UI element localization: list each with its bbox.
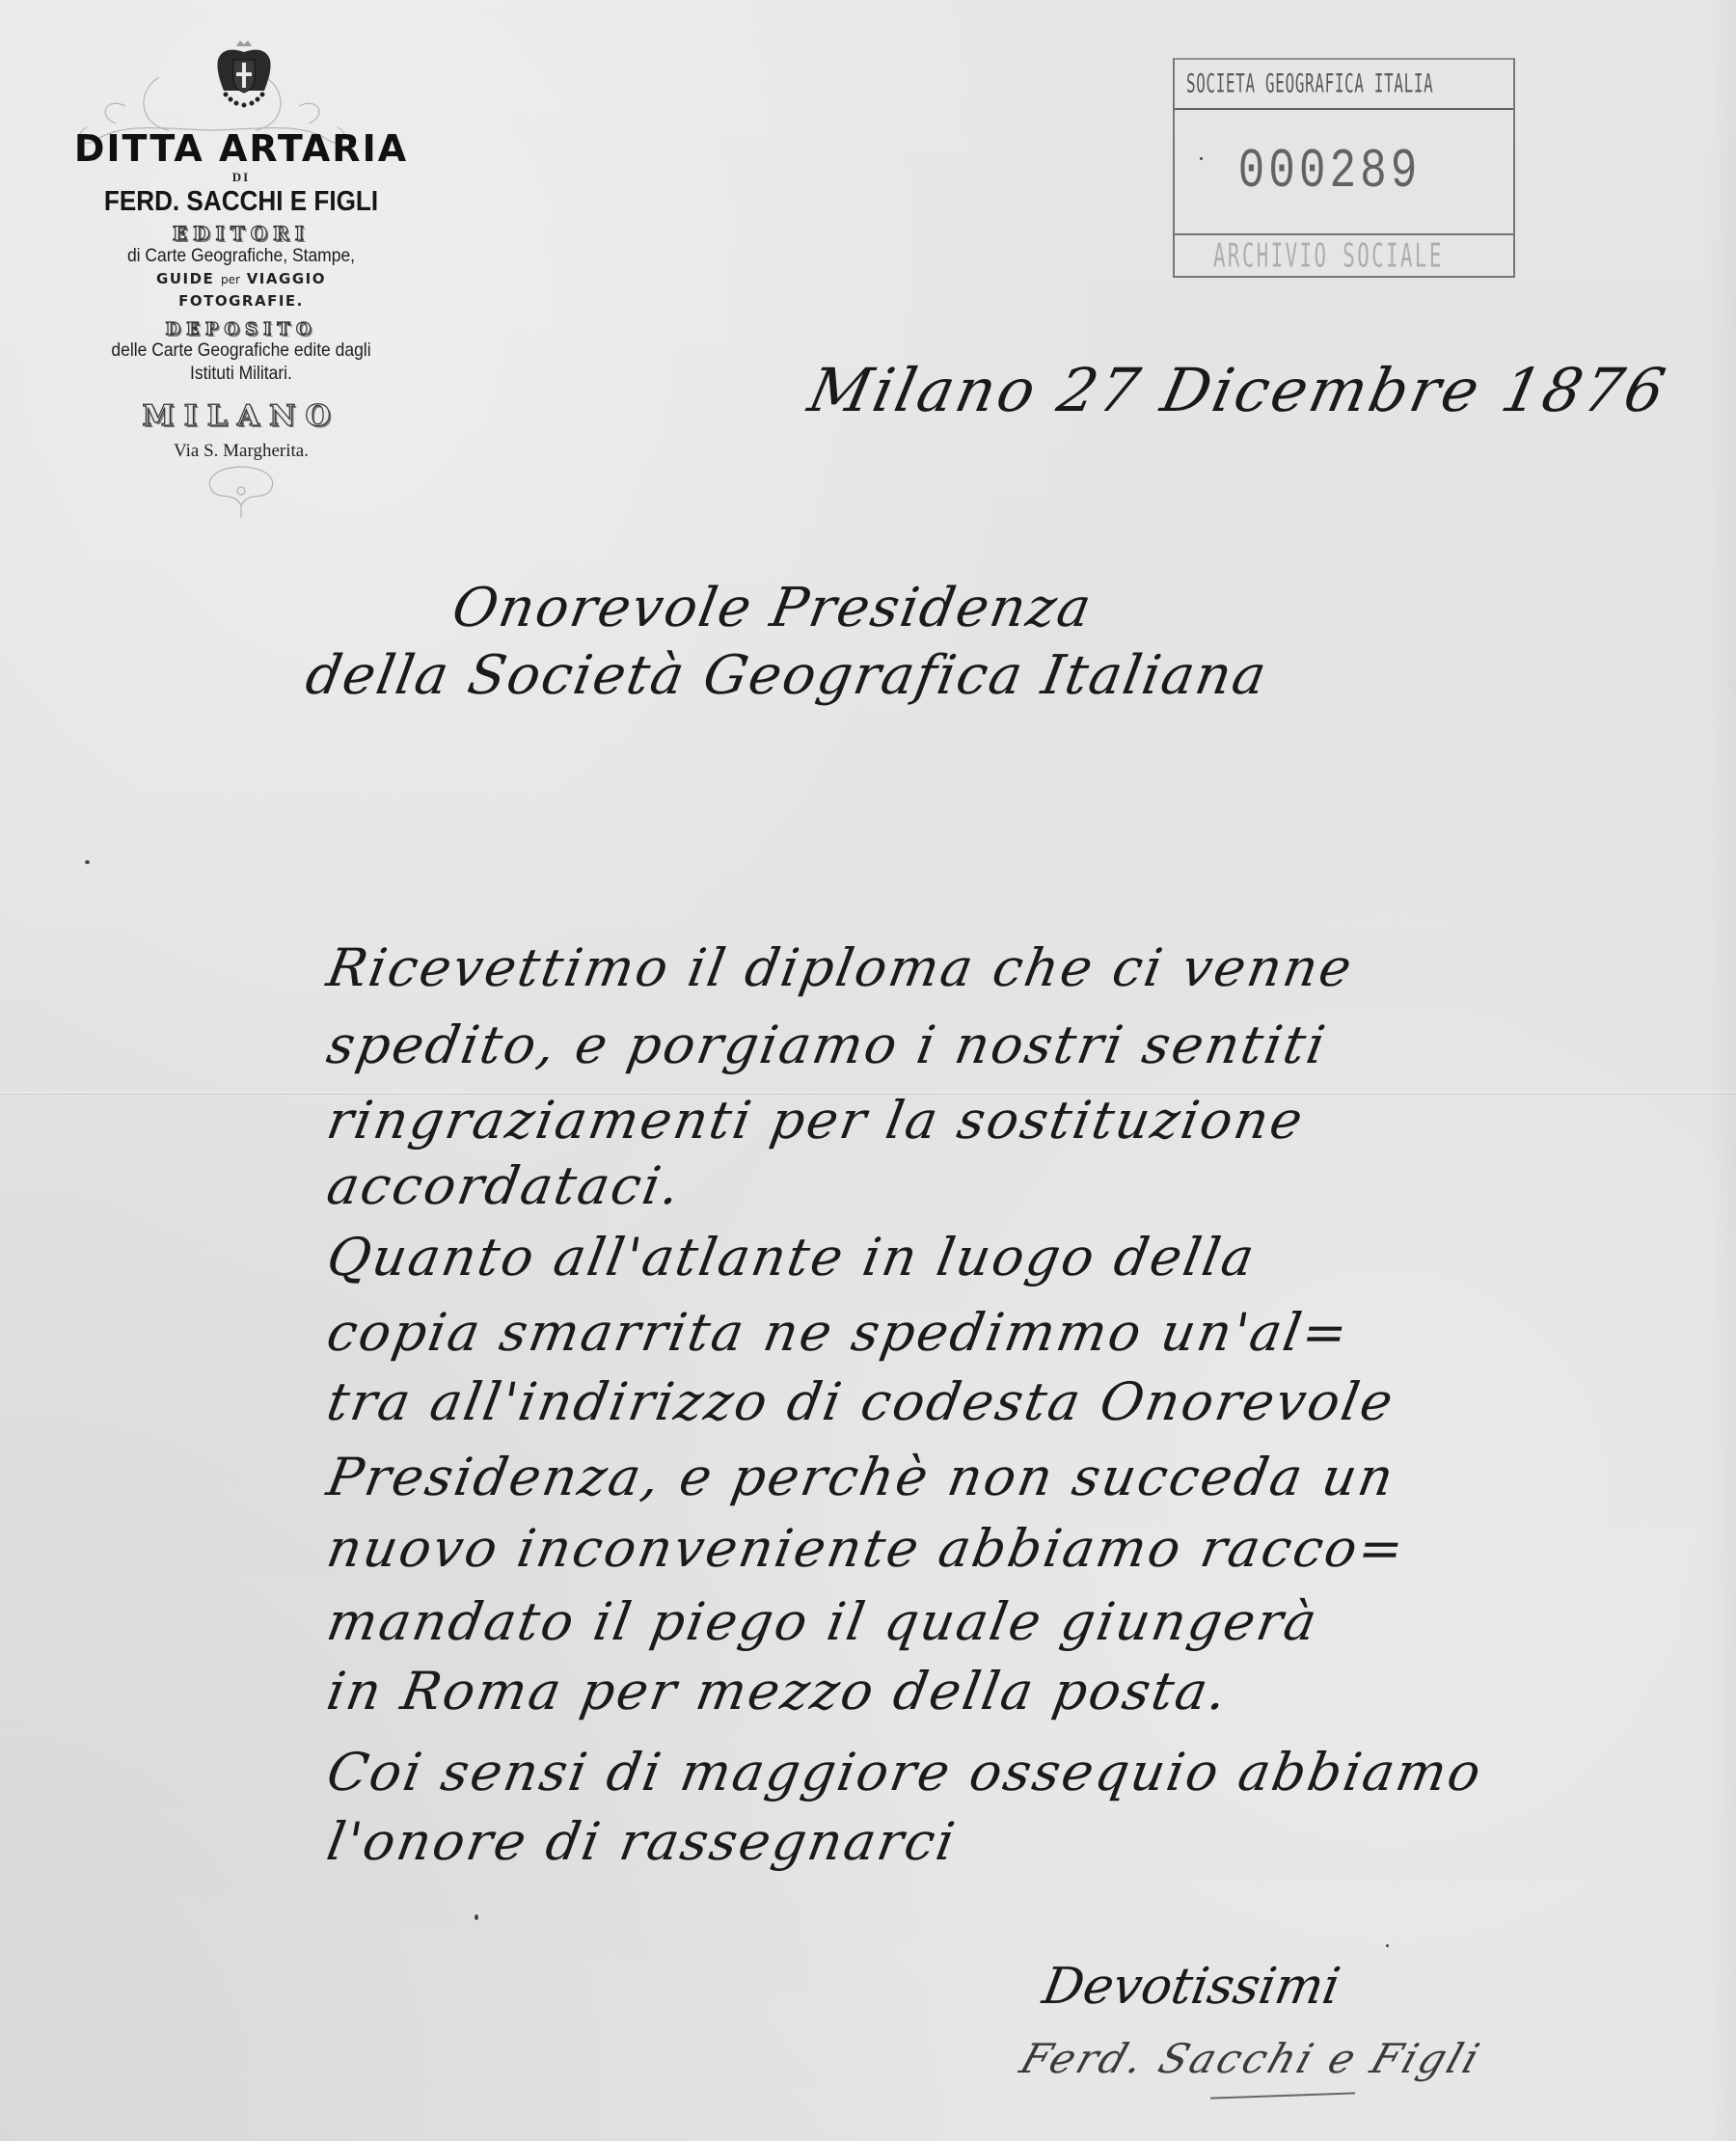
firm-name: DITTA ARTARIA bbox=[39, 129, 444, 168]
body-line: Presidenza, e perchè non succeda un bbox=[322, 1447, 1399, 1507]
body-line: copia smarrita ne spedimmo un'al= bbox=[322, 1302, 1354, 1363]
body-line: ringraziamenti per la sostituzione bbox=[322, 1090, 1309, 1151]
body-line: spedito, e porgiamo i nostri sentiti bbox=[322, 1015, 1331, 1075]
editori-viaggio: VIAGGIO bbox=[247, 270, 326, 287]
body-line: Quanto all'atlante in luogo della bbox=[322, 1227, 1261, 1287]
editori-heading: EDITORI bbox=[39, 222, 444, 245]
place-date: Milano 27 Dicembre 1876 bbox=[802, 355, 1673, 425]
editori-line-1: di Carte Geografiche, Stampe, bbox=[55, 245, 427, 268]
stamp-header: SOCIETA GEOGRAFICA ITALIA bbox=[1175, 60, 1513, 110]
body-line: accordataci. bbox=[322, 1155, 686, 1216]
deposito-line-1: delle Carte Geografiche edite dagli bbox=[55, 339, 427, 363]
letterhead-city: MILANO bbox=[39, 399, 444, 433]
body-line: l'onore di rassegnarci bbox=[322, 1811, 961, 1872]
signature: Ferd. Sacchi e Figli bbox=[1015, 2035, 1488, 2082]
deposito-line-2: Istituti Militari. bbox=[55, 363, 427, 386]
letterhead-address: Via S. Margherita. bbox=[39, 441, 444, 462]
salutation-line-1: Onorevole Presidenza bbox=[448, 577, 1097, 639]
crest bbox=[212, 39, 270, 106]
firm-di: DI bbox=[39, 170, 444, 185]
firm-proprietors: FERD. SACCHI E FIGLI bbox=[59, 185, 423, 218]
closing: Devotissimi bbox=[1039, 1958, 1344, 2016]
editori-line-3: FOTOGRAFIE. bbox=[39, 290, 444, 312]
body-line: nuovo inconveniente abbiamo racco= bbox=[322, 1518, 1410, 1579]
salutation-line-2: della Società Geografica Italiana bbox=[301, 644, 1272, 707]
letterhead: DITTA ARTARIA DI FERD. SACCHI E FIGLI ED… bbox=[39, 29, 444, 520]
editori-line-2: GUIDE per VIAGGIO bbox=[39, 268, 444, 290]
archive-stamp: SOCIETA GEOGRAFICA ITALIA 000289 ARCHIVI… bbox=[1173, 58, 1515, 278]
stamp-number-box: 000289 bbox=[1175, 110, 1513, 235]
editori-guide: GUIDE bbox=[156, 270, 214, 287]
body-line: mandato il piego il quale giungerà bbox=[322, 1591, 1323, 1652]
bottom-flourish-icon bbox=[183, 462, 299, 520]
page-edge-shadow bbox=[1707, 0, 1736, 2141]
coat-of-arms-icon bbox=[212, 39, 276, 110]
deposito-heading: DEPOSITO bbox=[39, 319, 444, 339]
stamp-footer-text: ARCHIVIO SOCIALE bbox=[1213, 238, 1444, 276]
stamp-header-text: SOCIETA GEOGRAFICA ITALIA bbox=[1186, 69, 1433, 98]
body-line: Coi sensi di maggiore ossequio abbiamo bbox=[322, 1742, 1487, 1802]
body-line: Ricevettimo il diploma che ci venne bbox=[322, 937, 1358, 998]
body-line: in Roma per mezzo della posta. bbox=[322, 1661, 1234, 1721]
letter-page: DITTA ARTARIA DI FERD. SACCHI E FIGLI ED… bbox=[0, 0, 1736, 2141]
stamp-footer: ARCHIVIO SOCIALE bbox=[1175, 235, 1513, 278]
stamp-number: 000289 bbox=[1238, 141, 1422, 203]
signature-flourish bbox=[1210, 2092, 1355, 2099]
editori-per: per bbox=[221, 273, 240, 286]
body-line: tra all'indirizzo di codesta Onorevole bbox=[322, 1371, 1399, 1432]
